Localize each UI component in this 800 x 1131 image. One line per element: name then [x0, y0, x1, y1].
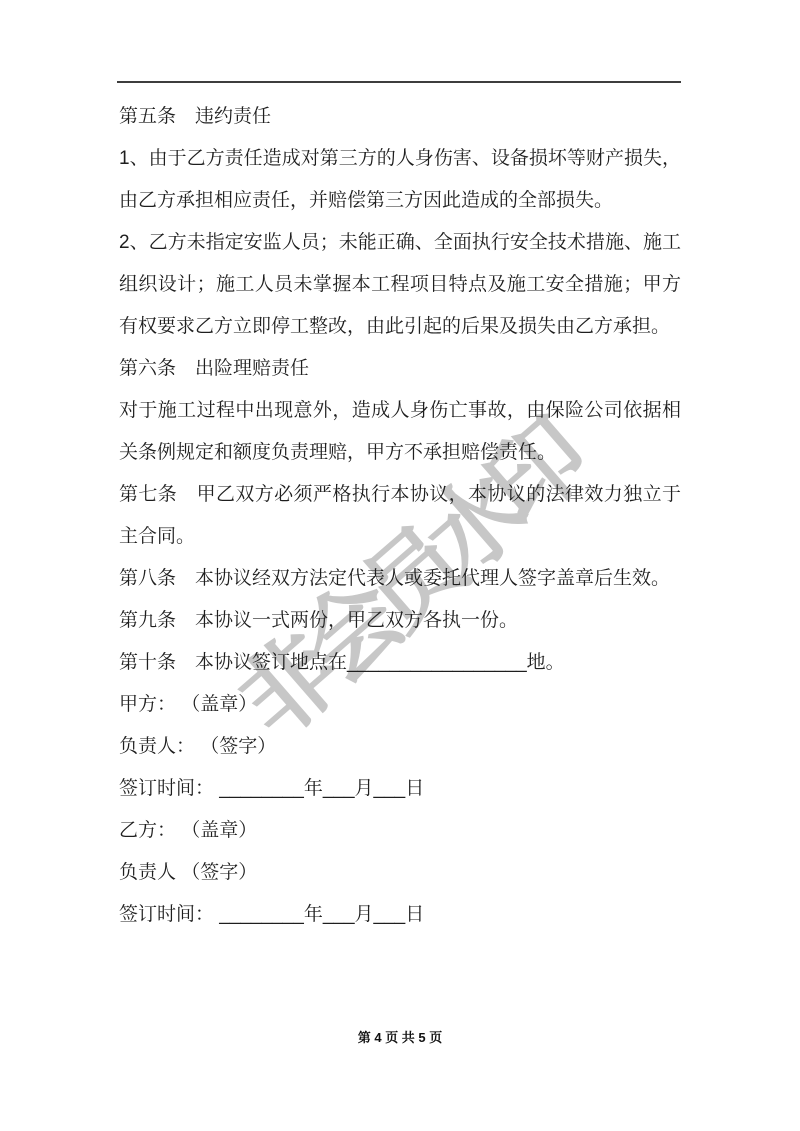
paragraph: 签订时间： ________年___月___日: [119, 768, 681, 810]
paragraph: 对于施工过程中出现意外，造成人身伤亡事故，由保险公司依据相关条例规定和额度负责理…: [119, 390, 681, 474]
paragraph: 2、乙方未指定安监人员；未能正确、全面执行安全技术措施、施工组织设计；施工人员未…: [119, 222, 681, 348]
paragraph: 第五条 违约责任: [119, 96, 681, 138]
page-divider: [117, 81, 681, 83]
paragraph: 负责人： （签字）: [119, 726, 681, 768]
paragraph: 甲方： （盖章）: [119, 684, 681, 726]
paragraph: 第七条 甲乙双方必须严格执行本协议，本协议的法律效力独立于主合同。: [119, 474, 681, 558]
paragraph: 负责人 （签字）: [119, 852, 681, 894]
page-number: 第 4 页 共 5 页: [0, 1027, 800, 1046]
paragraph: 乙方： （盖章）: [119, 810, 681, 852]
paragraph: 第十条 本协议签订地点在_________________地。: [119, 642, 681, 684]
paragraph: 第九条 本协议一式两份，甲乙双方各执一份。: [119, 600, 681, 642]
contract-body: 第五条 违约责任1、由于乙方责任造成对第三方的人身伤害、设备损坏等财产损失，由乙…: [119, 96, 681, 936]
paragraph: 签订时间： ________年___月___日: [119, 894, 681, 936]
document-page: 非会员水印 第五条 违约责任1、由于乙方责任造成对第三方的人身伤害、设备损坏等财…: [0, 0, 800, 1131]
paragraph: 第八条 本协议经双方法定代表人或委托代理人签字盖章后生效。: [119, 558, 681, 600]
paragraph: 1、由于乙方责任造成对第三方的人身伤害、设备损坏等财产损失，由乙方承担相应责任，…: [119, 138, 681, 222]
paragraph: 第六条 出险理赔责任: [119, 348, 681, 390]
